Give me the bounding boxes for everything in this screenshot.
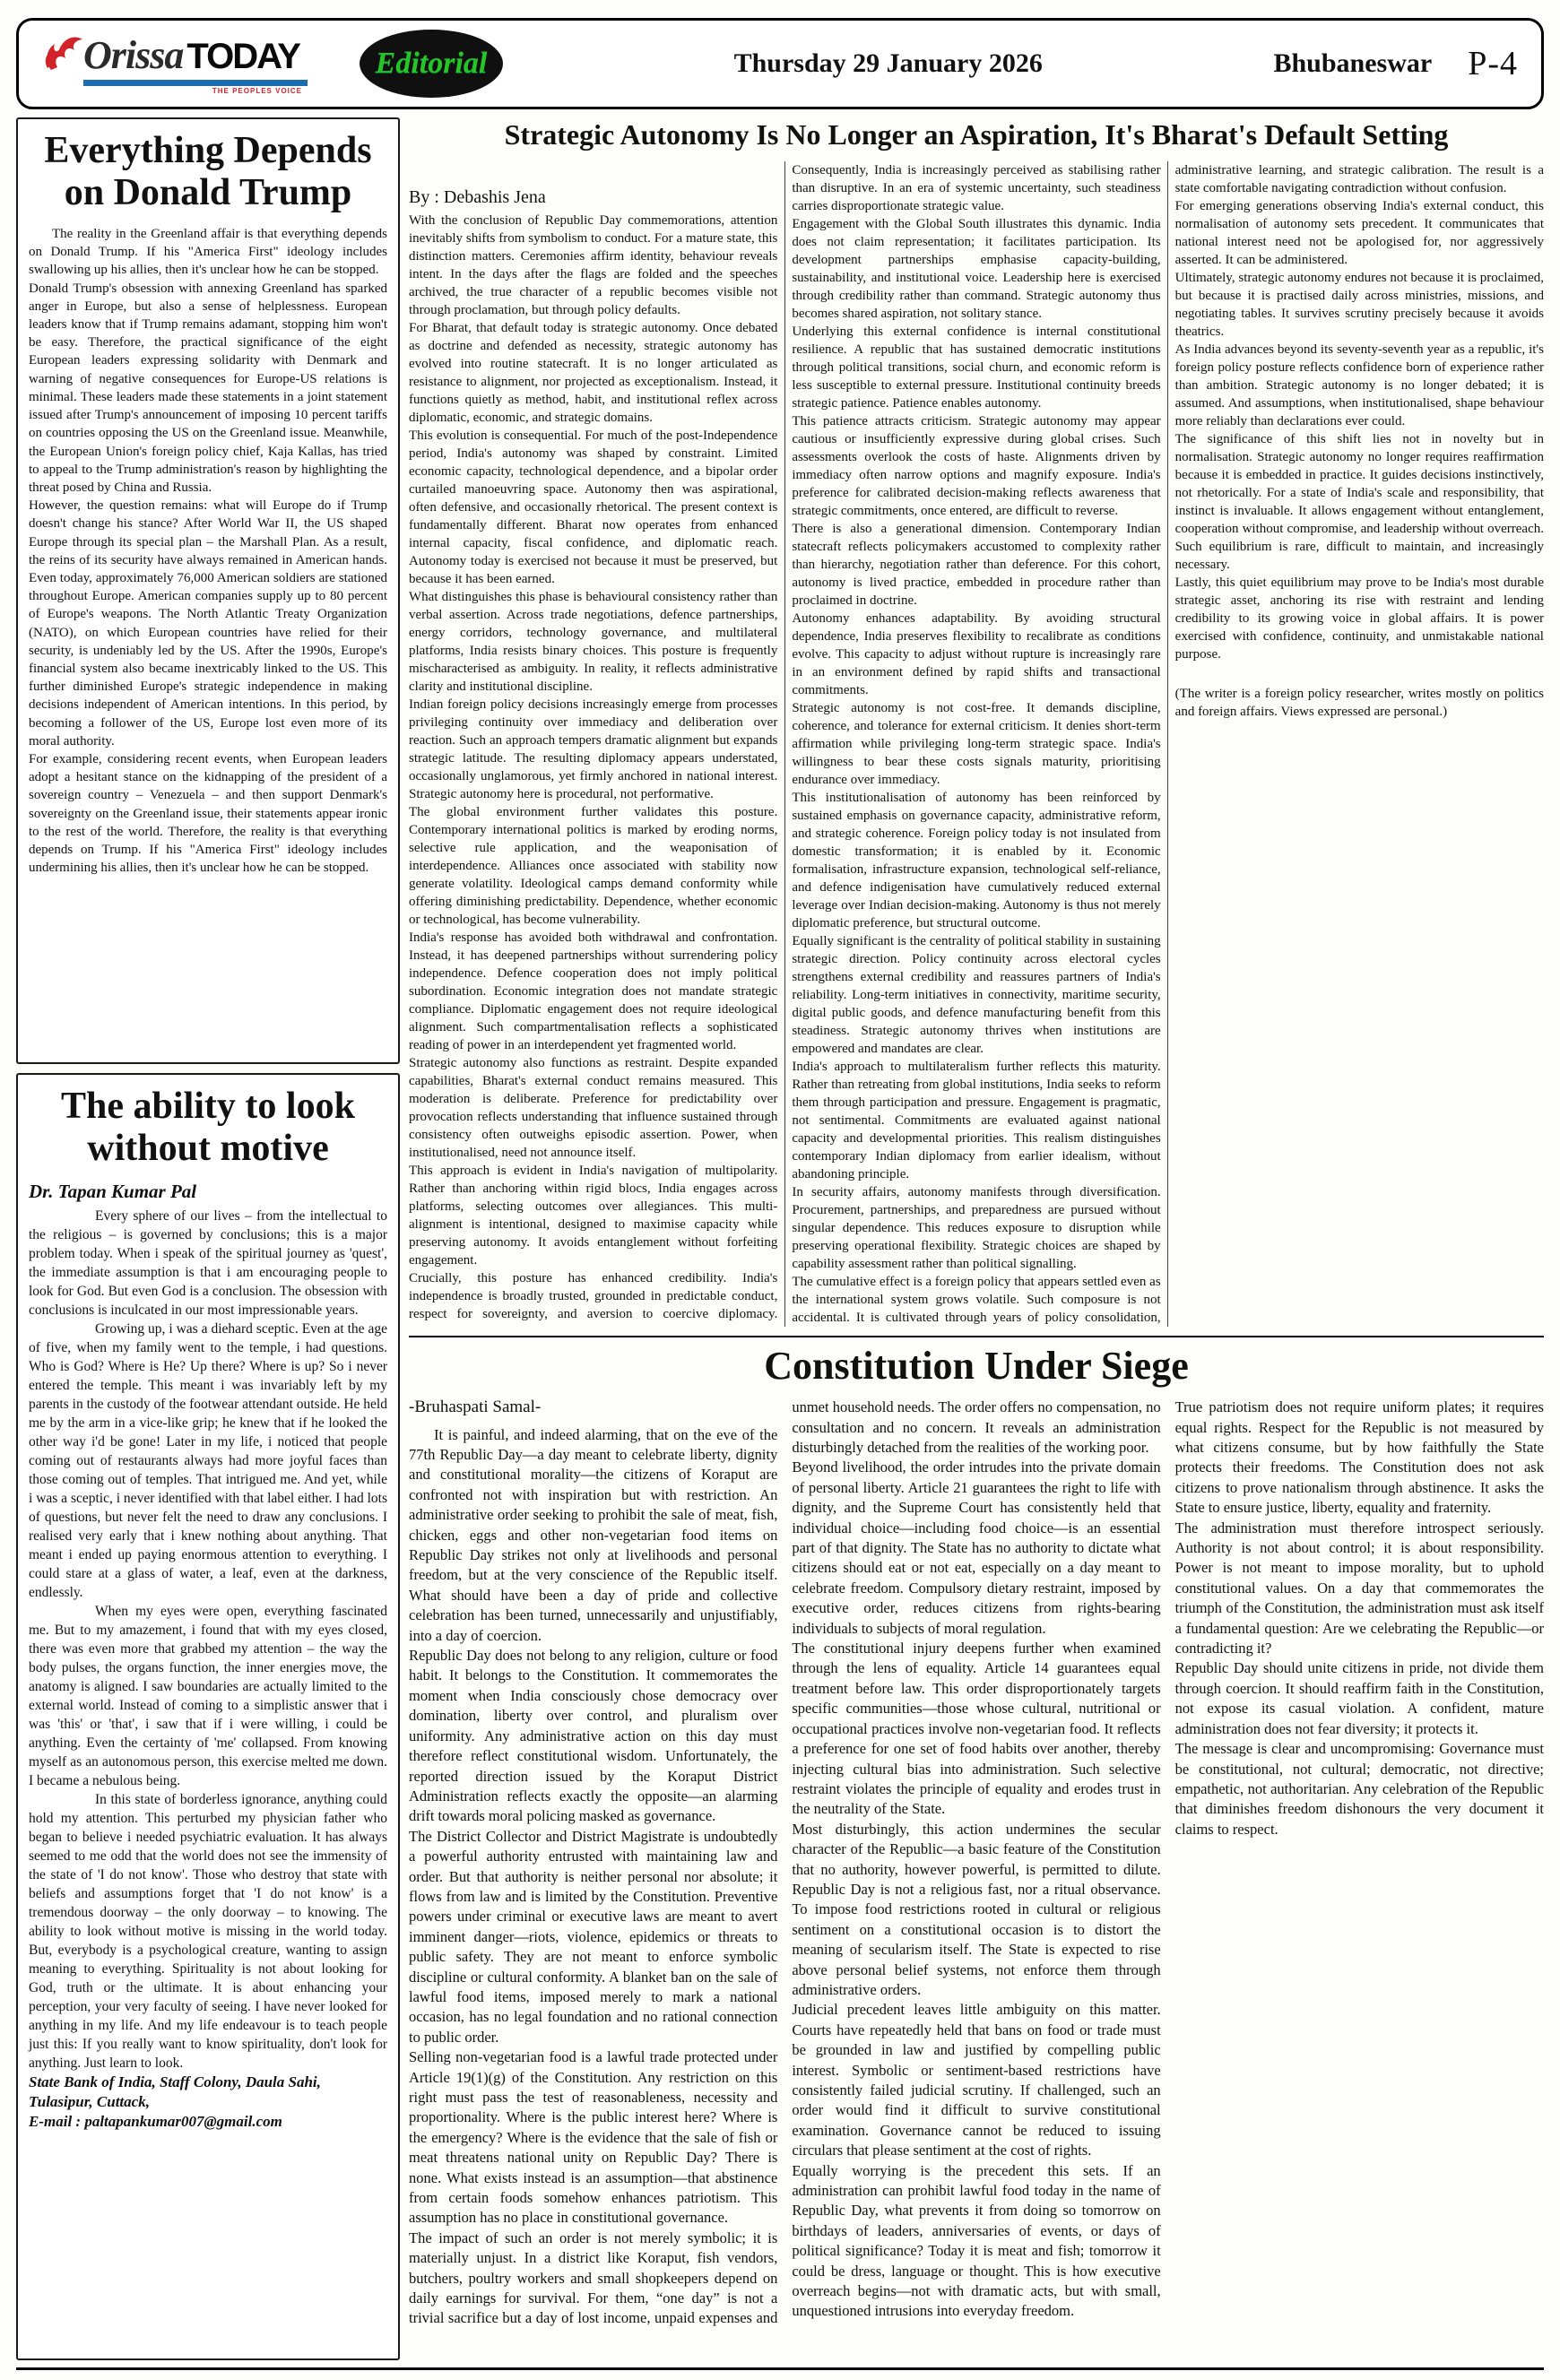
editorial-badge-label: Editorial: [376, 47, 488, 81]
paragraph: The District Collector and District Magi…: [409, 1827, 777, 2047]
article-trump-title: Everything Depends on Donald Trump: [38, 130, 378, 214]
article-constitution-byline: -Bruhaspati Samal-: [409, 1398, 777, 1417]
paragraph: However, the question remains: what will…: [29, 497, 387, 750]
newspaper-logo: Orissa TODAY THE PEOPLES VOICE: [42, 32, 311, 95]
paragraph: India's response has avoided both withdr…: [409, 929, 777, 1054]
paragraph: Ultimately, strategic autonomy endures n…: [1175, 269, 1544, 341]
logo-text-today: TODAY: [186, 37, 299, 77]
paragraph: Judicial precedent leaves little ambigui…: [792, 2000, 1160, 2160]
article-constitution: Constitution Under Siege -Bruhaspati Sam…: [409, 1343, 1544, 2330]
paragraph: India's approach to multilateralism furt…: [792, 1058, 1160, 1183]
paragraph: There is also a generational dimension. …: [792, 520, 1160, 610]
paragraph: True patriotism does not require uniform…: [1175, 1398, 1544, 1518]
article-motive-author-address: State Bank of India, Staff Colony, Daula…: [29, 2073, 387, 2132]
article-motive-byline: Dr. Tapan Kumar Pal: [29, 1181, 387, 1203]
paragraph: This approach is evident in India's navi…: [409, 1162, 777, 1269]
article-trump: Everything Depends on Donald Trump The r…: [16, 117, 400, 1064]
page-bottom-rule: [16, 2367, 1544, 2370]
paragraph: In this state of borderless ignorance, a…: [29, 1790, 387, 2073]
paragraph: This patience attracts criticism. Strate…: [792, 412, 1160, 520]
paragraph: Republic Day does not belong to any reli…: [409, 1646, 777, 1827]
article-trump-body: The reality in the Greenland affair is t…: [29, 225, 387, 877]
paragraph: Donald Trump's obsession with annexing G…: [29, 280, 387, 497]
page-content: Everything Depends on Donald Trump The r…: [16, 117, 1544, 2360]
paragraph: Selling non-vegetarian food is a lawful …: [409, 2047, 777, 2229]
article-strategic-title: Strategic Autonomy Is No Longer an Aspir…: [409, 119, 1544, 151]
article-constitution-title: Constitution Under Siege: [409, 1343, 1544, 1389]
article-motive-title: The ability to look without motive: [38, 1086, 378, 1170]
article-strategic: Strategic Autonomy Is No Longer an Aspir…: [409, 119, 1544, 1327]
article-strategic-body: By : Debashis Jena With the conclusion o…: [409, 161, 1544, 1327]
paragraph: State Bank of India, Staff Colony, Daula…: [29, 2073, 387, 2112]
paragraph: It is painful, and indeed alarming, that…: [409, 1425, 777, 1646]
paragraph: For emerging generations observing India…: [1175, 197, 1544, 269]
paragraph: In security affairs, autonomy manifests …: [792, 1183, 1160, 1273]
paragraph: Autonomy enhances adaptability. By avoid…: [792, 610, 1160, 699]
paragraph: E-mail : paltapankumar007@gmail.com: [29, 2112, 387, 2132]
paragraph: This evolution is consequential. For muc…: [409, 427, 777, 588]
paragraph: For example, considering recent events, …: [29, 750, 387, 877]
edition-date: Thursday 29 January 2026: [734, 48, 1043, 79]
paragraph: Republic Day should unite citizens in pr…: [1175, 1658, 1544, 1739]
paragraph: For Bharat, that default today is strate…: [409, 319, 777, 427]
article-strategic-writer-note: (The writer is a foreign policy research…: [1175, 685, 1544, 721]
newspaper-page: Orissa TODAY THE PEOPLES VOICE Editorial…: [0, 0, 1560, 2380]
paragraph: Indian foreign policy decisions increasi…: [409, 696, 777, 803]
editorial-badge: Editorial: [360, 30, 503, 98]
paragraph: The administration must therefore intros…: [1175, 1519, 1544, 1659]
section-divider: [409, 1336, 1544, 1337]
paragraph: Equally worrying is the precedent this s…: [792, 2161, 1160, 2322]
logo-flame-icon: [42, 34, 89, 76]
paragraph: Strategic autonomy is not cost-free. It …: [792, 699, 1160, 789]
logo-text-orissa: Orissa: [83, 32, 183, 78]
paragraph: Every sphere of our lives – from the int…: [29, 1207, 387, 1320]
article-motive: The ability to look without motive Dr. T…: [16, 1073, 400, 2360]
paragraph: Underlying this external confidence is i…: [792, 323, 1160, 412]
paragraph: The constitutional injury deepens furthe…: [792, 1639, 1160, 1820]
paragraph: The global environment further validates…: [409, 803, 777, 929]
article-constitution-body: -Bruhaspati Samal- It is painful, and in…: [409, 1398, 1544, 2330]
edition-city: Bhubaneswar: [1273, 48, 1432, 79]
paragraph: Beyond livelihood, the order intrudes in…: [792, 1458, 1160, 1639]
paragraph: As India advances beyond its seventy-sev…: [1175, 341, 1544, 430]
paragraph: Equally significant is the centrality of…: [792, 932, 1160, 1058]
paragraph: The message is clear and uncompromising:…: [1175, 1739, 1544, 1839]
article-motive-body: Every sphere of our lives – from the int…: [29, 1207, 387, 2073]
paragraph: Growing up, i was a diehard sceptic. Eve…: [29, 1320, 387, 1602]
logo-tagline: THE PEOPLES VOICE: [212, 87, 302, 95]
paragraph: This institutionalisation of autonomy ha…: [792, 789, 1160, 932]
left-column: Everything Depends on Donald Trump The r…: [16, 117, 400, 2360]
paragraph: Strategic autonomy also functions as res…: [409, 1054, 777, 1162]
paragraph: What distinguishes this phase is behavio…: [409, 588, 777, 696]
paragraph: When my eyes were open, everything fasci…: [29, 1602, 387, 1790]
paragraph: The significance of this shift lies not …: [1175, 430, 1544, 574]
article-strategic-byline: By : Debashis Jena: [409, 188, 777, 206]
paragraph: Lastly, this quiet equilibrium may prove…: [1175, 574, 1544, 663]
right-column: Strategic Autonomy Is No Longer an Aspir…: [409, 117, 1544, 2360]
logo-underline: [83, 80, 308, 86]
page-header: Orissa TODAY THE PEOPLES VOICE Editorial…: [16, 18, 1544, 109]
paragraph: Engagement with the Global South illustr…: [792, 215, 1160, 323]
paragraph: Most disturbingly, this action undermine…: [792, 1820, 1160, 2001]
paragraph: With the conclusion of Republic Day comm…: [409, 212, 777, 319]
paragraph: The reality in the Greenland affair is t…: [29, 225, 387, 280]
page-number: P-4: [1468, 44, 1518, 83]
